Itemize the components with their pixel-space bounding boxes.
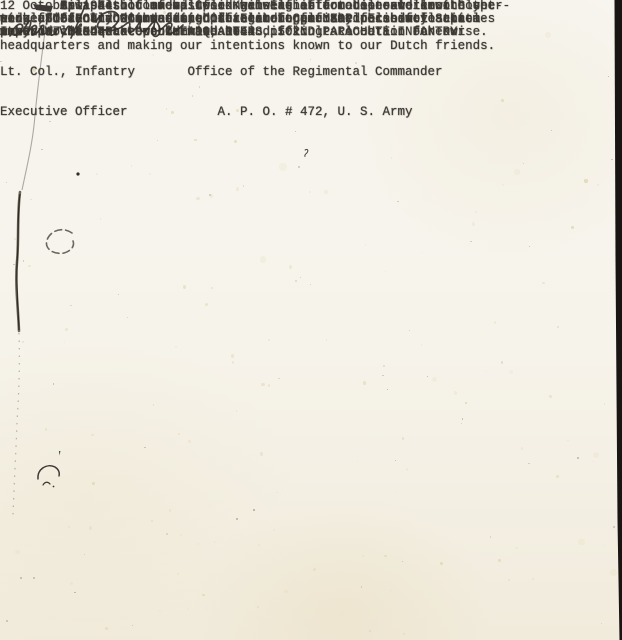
letter-content: HEADQUARTERS, 502ND PARACHUTE INFANTRY O…: [0, 0, 622, 640]
signature-rank: Lt. Col., Infantry: [0, 66, 135, 79]
signature-name: ALLEN W. GINDER: [0, 26, 135, 39]
signature-office: Executive Officer: [0, 106, 135, 119]
signature-block: ALLEN W. GINDER Lt. Col., Infantry Execu…: [0, 0, 135, 145]
scanned-letter: HEADQUARTERS, 502ND PARACHUTE INFANTRY O…: [0, 0, 622, 640]
